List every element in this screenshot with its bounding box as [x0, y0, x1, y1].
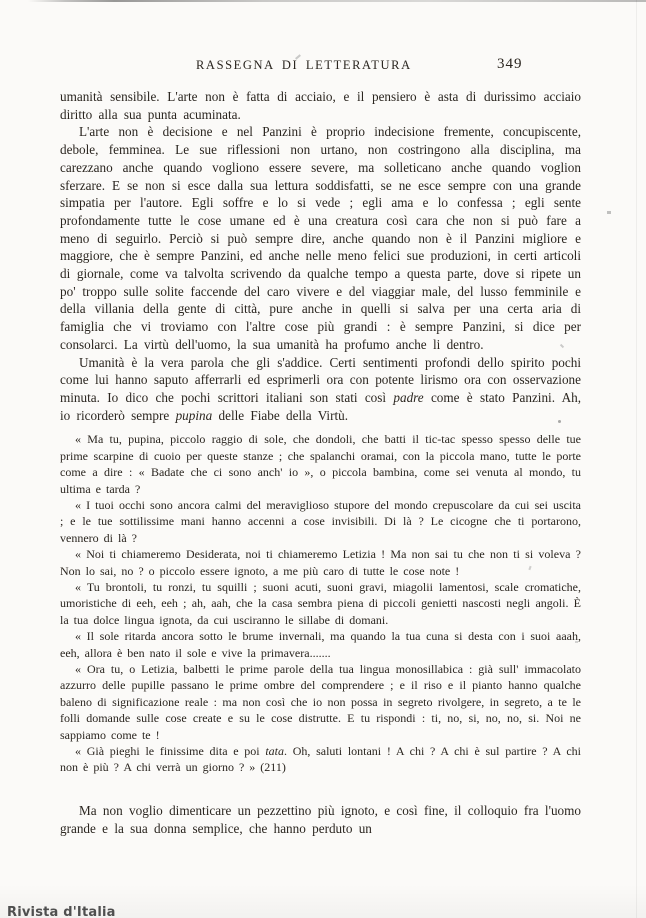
body-paragraph: L'arte non è decisione e nel Panzini è p…: [60, 123, 581, 353]
quote-paragraph: « Noi ti chiameremo Desiderata, noi ti c…: [60, 546, 581, 579]
running-header-title: RASSEGNA DI LETTERATURA: [196, 58, 412, 73]
quote-paragraph: « I tuoi occhi sono ancora calmi del mer…: [60, 497, 581, 546]
scanned-book-page: RASSEGNA DI LETTERATURA 349 umanità sens…: [0, 0, 646, 918]
quote-paragraph: « Ora tu, o Letizia, balbetti le prime p…: [60, 661, 581, 743]
page-edge-line: [636, 0, 637, 918]
scan-speck: [558, 420, 561, 423]
viewer-source-label: Rivista d'Italia: [7, 905, 116, 918]
scan-speck: [607, 211, 611, 214]
page-number: 349: [497, 56, 523, 73]
page-body-text: umanità sensibile. L'arte non è fatta di…: [60, 88, 581, 837]
body-paragraph: Ma non voglio dimenticare un pezzettino …: [60, 802, 581, 837]
quote-paragraph: « Ma tu, pupina, piccolo raggio di sole,…: [60, 431, 581, 497]
quote-paragraph: « Il sole ritarda ancora sotto le brume …: [60, 628, 581, 661]
body-paragraph: umanità sensibile. L'arte non è fatta di…: [60, 88, 581, 123]
scan-edge-line: [28, 0, 646, 2]
body-paragraph: Umanità è la vera parola che gli s'addic…: [60, 354, 581, 425]
scan-speck: [575, 641, 578, 643]
quote-paragraph: « Già pieghi le finissime dita e poi tat…: [60, 743, 581, 776]
quote-paragraph: « Tu brontoli, tu ronzi, tu squilli ; su…: [60, 579, 581, 628]
